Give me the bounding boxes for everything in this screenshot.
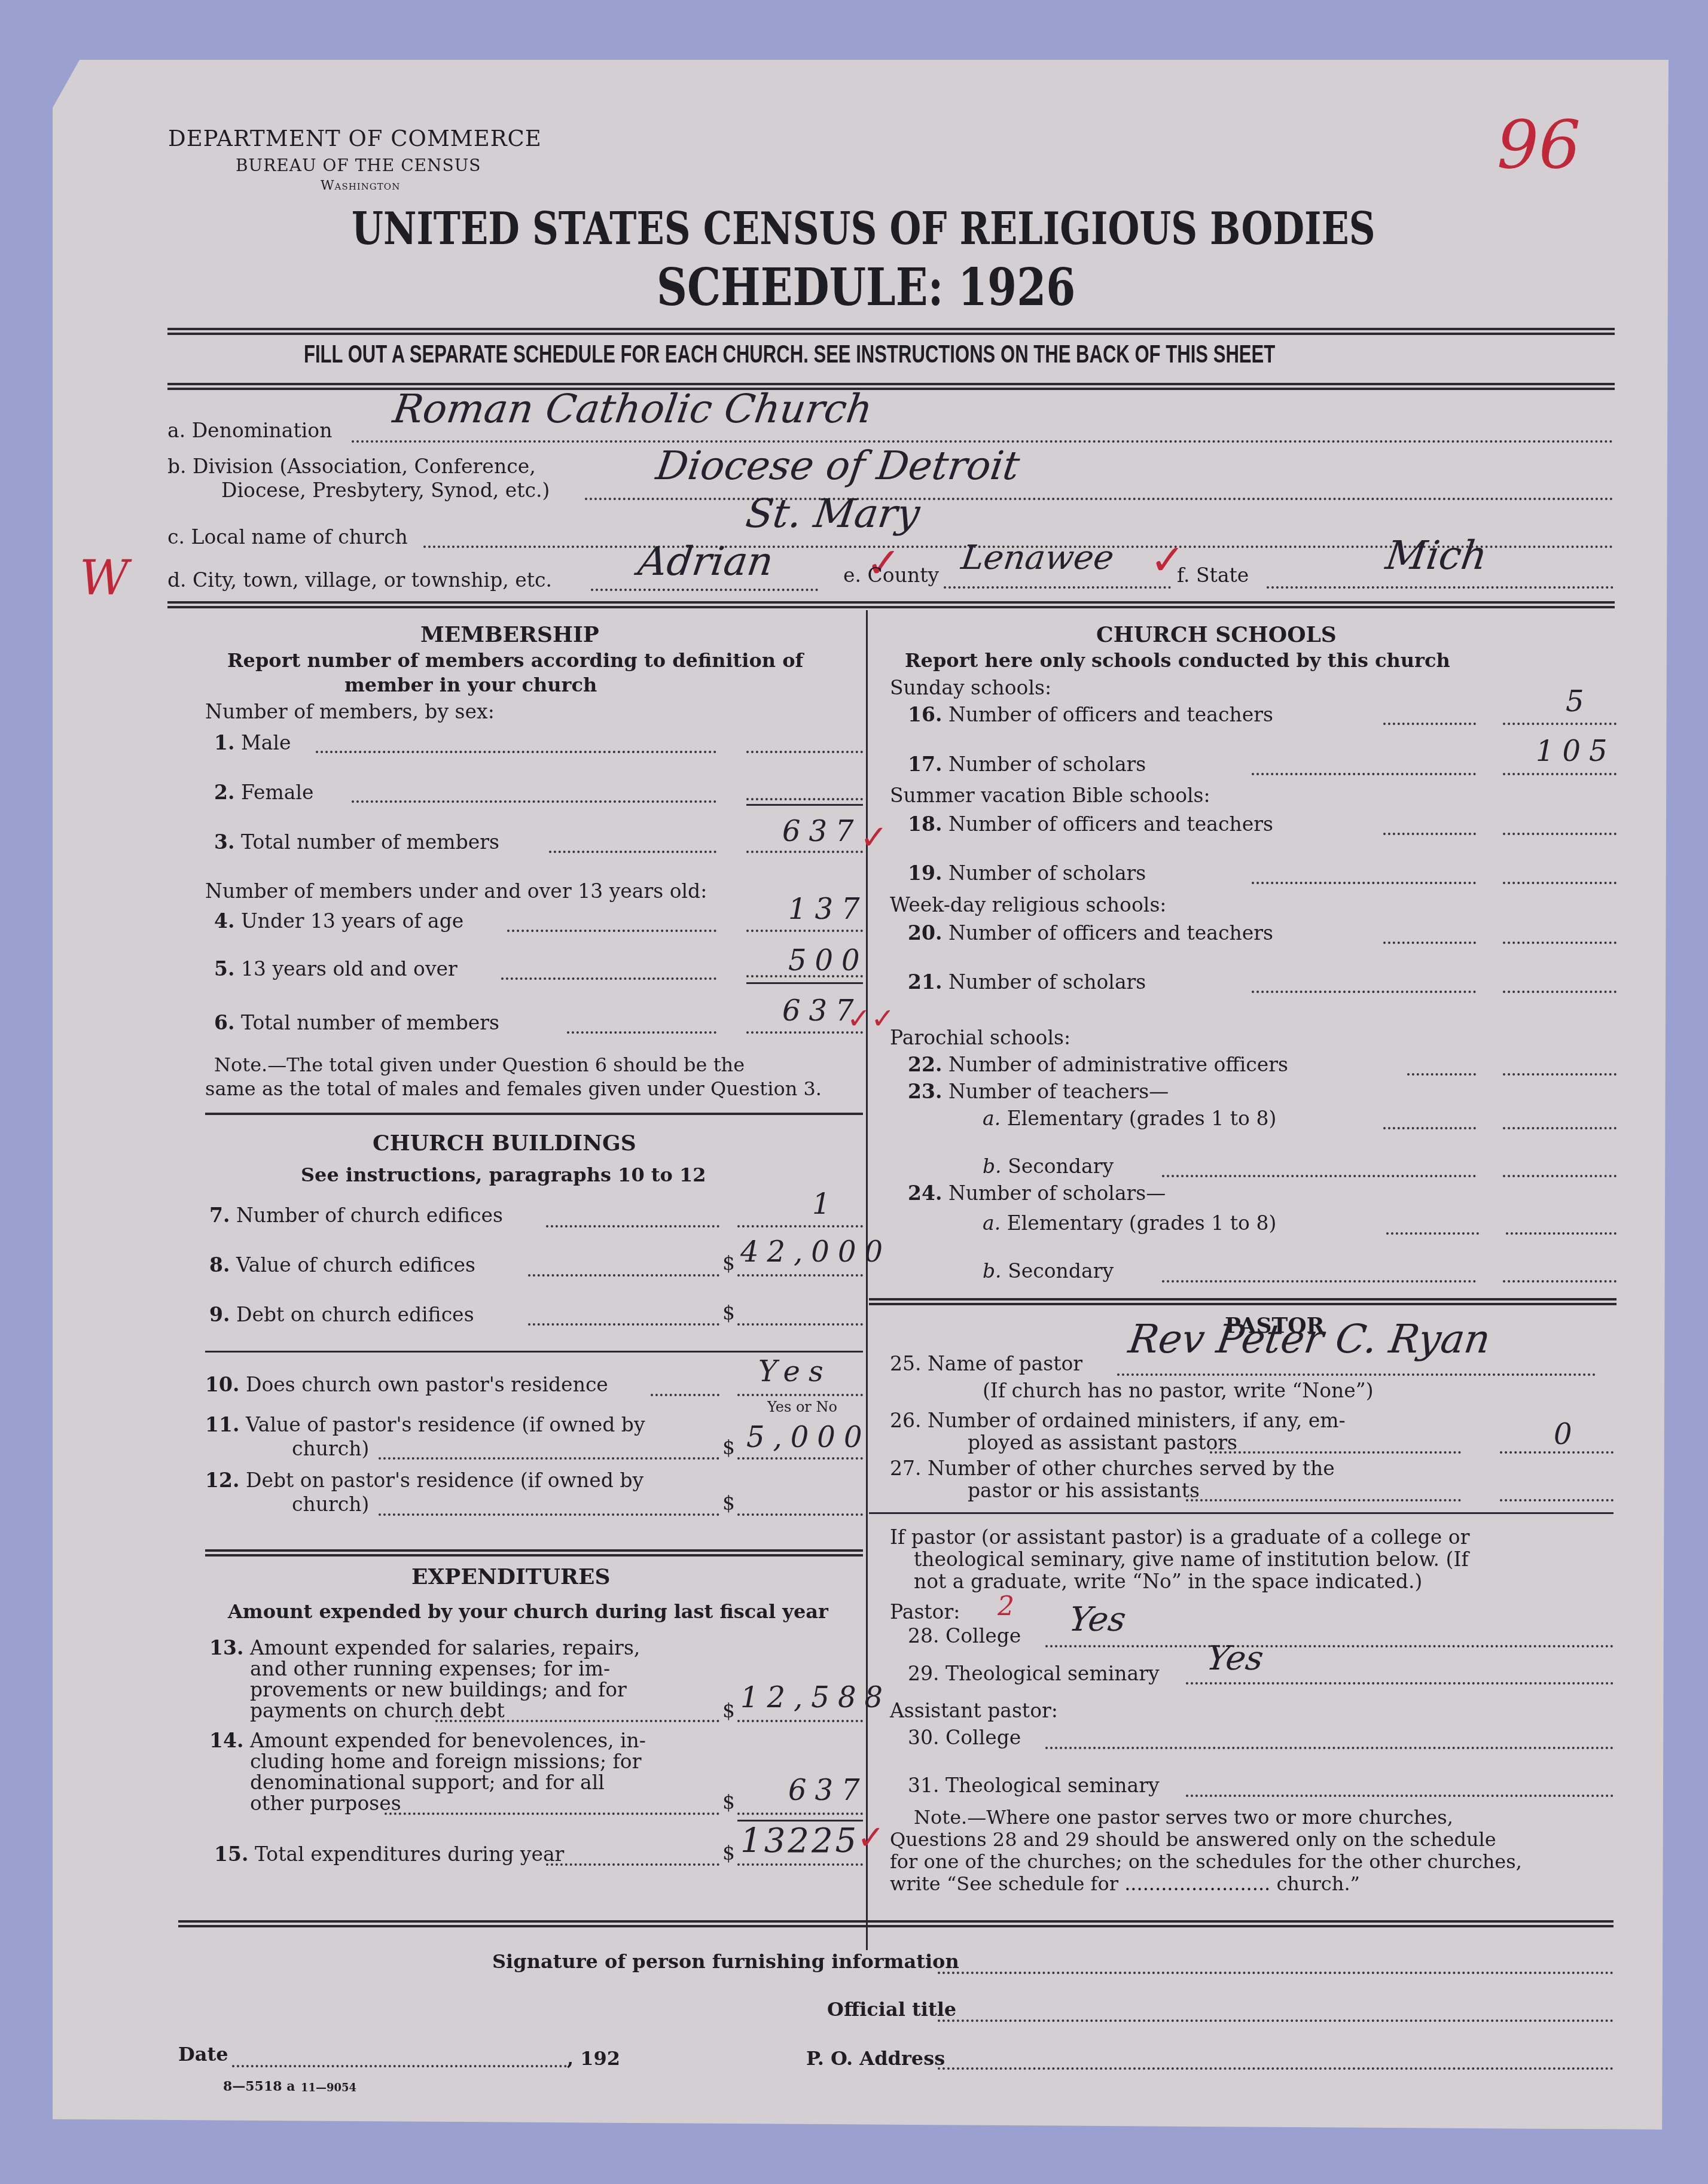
expenditures-divider xyxy=(205,1549,863,1556)
q26-label-1: 26. Number of ordained ministers, if any… xyxy=(890,1409,1346,1432)
q30-label: 30. College xyxy=(908,1726,1021,1749)
official-title-field[interactable] xyxy=(938,1992,1614,2019)
q3-label: 3. Total number of members xyxy=(214,830,499,854)
buildings-divider xyxy=(205,1351,863,1353)
q28-line xyxy=(1045,1645,1614,1647)
q15-label: 15. Total expenditures during year xyxy=(214,1842,564,1866)
sunday-schools-label: Sunday schools: xyxy=(890,676,1051,699)
q9-leader xyxy=(528,1323,719,1326)
q26-label-2: ployed as assistant pastors xyxy=(968,1431,1237,1454)
q24a-leader xyxy=(1386,1232,1479,1235)
checkmark-icon: ✓ xyxy=(857,1819,885,1857)
q13-running-expenses-field[interactable]: 12,588 xyxy=(740,1681,891,1714)
q14-label-4: other purposes xyxy=(250,1792,401,1815)
q10-owns-residence-field[interactable]: Yes xyxy=(758,1355,832,1388)
q4-under-13-field[interactable]: 137 xyxy=(788,893,868,926)
q8-leader xyxy=(528,1274,719,1277)
census-schedule-sheet: DEPARTMENT OF COMMERCE BUREAU OF THE CEN… xyxy=(53,60,1669,2130)
date-year-suffix: , 192 xyxy=(567,2047,620,2070)
q8-dollar-sign: $ xyxy=(722,1251,735,1275)
signature-label: Signature of person furnishing informati… xyxy=(492,1950,959,1973)
q14-label-1: 14. Amount expended for benevolences, in… xyxy=(209,1729,646,1752)
q8-label: 8. Value of church edifices xyxy=(209,1253,475,1277)
q26-answer-line xyxy=(1500,1451,1614,1454)
q11-answer-line xyxy=(737,1457,863,1460)
q4-leader xyxy=(507,930,716,932)
state-label: f. State xyxy=(1177,563,1249,587)
form-number: 8—5518 a xyxy=(223,2079,295,2094)
pastor-note-3: for one of the churches; on the schedule… xyxy=(890,1850,1522,1874)
po-address-line xyxy=(938,2067,1614,2070)
expenditures-subheading: Amount expended by your church during la… xyxy=(228,1600,828,1623)
q10-label: 10. Does church own pastor's residence xyxy=(205,1373,608,1396)
q26-leader xyxy=(1210,1451,1461,1454)
q11-residence-value-field[interactable]: 5,000 xyxy=(746,1421,870,1454)
q23a-leader xyxy=(1383,1127,1476,1129)
department-name: DEPARTMENT OF COMMERCE xyxy=(168,126,542,151)
division-label-1: b. Division (Association, Conference, xyxy=(167,455,536,478)
q12-dollar-sign: $ xyxy=(722,1491,735,1515)
q28-label: 28. College xyxy=(908,1624,1021,1647)
instruction-divider xyxy=(167,383,1615,390)
membership-note-2: same as the total of males and females g… xyxy=(205,1077,822,1101)
q19-label: 19. Number of scholars xyxy=(908,861,1146,885)
q9-dollar-sign: $ xyxy=(722,1301,735,1324)
q15-dollar-sign: $ xyxy=(722,1841,735,1865)
q28-college-field[interactable]: Yes xyxy=(1066,1600,1128,1639)
bureau-name: BUREAU OF THE CENSUS xyxy=(236,156,481,175)
q27-answer-line xyxy=(1500,1499,1614,1501)
city-line xyxy=(591,589,818,591)
denomination-field[interactable]: Roman Catholic Church xyxy=(391,386,876,432)
q30-line xyxy=(1045,1747,1614,1749)
q8-answer-line xyxy=(737,1274,863,1277)
q23b-label: b. Secondary xyxy=(983,1155,1114,1178)
q3-leader xyxy=(549,851,716,853)
signature-field[interactable] xyxy=(938,1944,1614,1972)
q2-answer-line xyxy=(746,798,863,800)
by-age-label: Number of members under and over 13 year… xyxy=(205,879,707,903)
q29-seminary-field[interactable]: Yes xyxy=(1204,1639,1265,1678)
q14-label-2: cluding home and foreign missions; for xyxy=(250,1750,641,1773)
pastor-note-1: Note.—Where one pastor serves two or mor… xyxy=(914,1805,1453,1829)
q23a-label: a. Elementary (grades 1 to 8) xyxy=(983,1107,1276,1130)
membership-divider xyxy=(205,1113,863,1115)
pastor-note-4: write “See schedule for ................… xyxy=(890,1872,1360,1896)
q17-answer-line xyxy=(1503,773,1616,775)
location: Washington xyxy=(321,178,400,193)
q7-answer-line xyxy=(737,1225,863,1227)
q5-label: 5. 13 years old and over xyxy=(214,957,457,980)
date-label: Date xyxy=(178,2043,228,2066)
q22-leader xyxy=(1407,1073,1476,1076)
q17-sunday-scholars-field[interactable]: 105 xyxy=(1536,735,1616,768)
q14-answer-line xyxy=(737,1813,863,1815)
identification-divider xyxy=(167,601,1615,608)
q17-leader xyxy=(1252,773,1476,775)
church-buildings-heading: CHURCH BUILDINGS xyxy=(373,1131,636,1156)
graduate-instruction-3: not a graduate, write “No” in the space … xyxy=(914,1570,1422,1593)
q29-label: 29. Theological seminary xyxy=(908,1662,1160,1685)
county-label: e. County xyxy=(843,563,939,587)
q24b-leader xyxy=(1162,1280,1476,1283)
q7-label: 7. Number of church edifices xyxy=(209,1204,503,1227)
form-title: UNITED STATES CENSUS OF RELIGIOUS BODIES xyxy=(352,203,1375,255)
q27-label-1: 27. Number of other churches served by t… xyxy=(890,1457,1335,1480)
q31-label: 31. Theological seminary xyxy=(908,1774,1160,1797)
q20-leader xyxy=(1383,942,1476,944)
q13-label-4: payments on church debt xyxy=(250,1699,505,1722)
q12-leader xyxy=(379,1513,719,1516)
po-address-label: P. O. Address xyxy=(806,2047,945,2070)
division-field[interactable]: Diocese of Detroit xyxy=(654,443,1023,489)
q23b-answer-line xyxy=(1503,1175,1616,1177)
q11-leader xyxy=(379,1457,719,1460)
church-schools-heading: CHURCH SCHOOLS xyxy=(1096,622,1337,647)
q14-leader xyxy=(385,1813,719,1815)
q14-benevolences-field[interactable]: 637 xyxy=(788,1774,868,1807)
footer-divider xyxy=(178,1920,1614,1927)
membership-note-1: Note.—The total given under Question 6 s… xyxy=(214,1053,745,1077)
q25-label: 25. Name of pastor xyxy=(890,1352,1082,1375)
q5-sum-rule xyxy=(746,982,863,984)
local-name-field[interactable]: St. Mary xyxy=(743,491,923,537)
q24a-answer-line xyxy=(1506,1232,1616,1235)
q25-hint: (If church has no pastor, write “None”) xyxy=(983,1379,1374,1402)
expenditures-heading: EXPENDITURES xyxy=(411,1564,610,1589)
q25-pastor-name-field[interactable]: Rev Peter C. Ryan xyxy=(1126,1316,1493,1362)
q15-total-expenditures-field[interactable]: 13225 xyxy=(740,1821,859,1860)
header-divider xyxy=(167,328,1615,335)
pastor-divider xyxy=(869,1512,1614,1514)
q5-leader xyxy=(501,977,716,980)
q20-answer-line xyxy=(1503,942,1616,944)
q10-answer-line xyxy=(737,1394,863,1396)
margin-annotation-w: W xyxy=(80,550,129,606)
q26-assistant-pastors-field[interactable]: 0 xyxy=(1554,1418,1581,1451)
local-name-label: c. Local name of church xyxy=(167,525,408,549)
pastor-label: Pastor: xyxy=(890,1600,960,1623)
graduate-instruction-1: If pastor (or assistant pastor) is a gra… xyxy=(890,1525,1469,1549)
q24-label: 24. Number of scholars— xyxy=(908,1181,1166,1205)
q16-answer-line xyxy=(1503,723,1616,725)
church-buildings-subheading: See instructions, paragraphs 10 to 12 xyxy=(301,1163,706,1186)
q13-label-3: provements or new buildings; and for xyxy=(250,1678,627,1701)
q5-13-and-over-field[interactable]: 500 xyxy=(788,944,868,977)
q31-line xyxy=(1186,1795,1614,1797)
q6-leader xyxy=(567,1031,716,1034)
schedule-year: SCHEDULE: 1926 xyxy=(657,257,1075,318)
q18-label: 18. Number of officers and teachers xyxy=(908,812,1273,836)
denomination-label: a. Denomination xyxy=(167,419,332,442)
q10-hint: Yes or No xyxy=(767,1399,837,1415)
q13-label-1: 13. Amount expended for salaries, repair… xyxy=(209,1636,640,1659)
q12-label-1: 12. Debt on pastor's residence (if owned… xyxy=(205,1469,643,1492)
q1-answer-line xyxy=(746,751,863,753)
column-divider xyxy=(866,610,868,1950)
q3-answer-line xyxy=(746,851,863,853)
q19-leader xyxy=(1252,882,1476,884)
q12-answer-line xyxy=(737,1513,863,1516)
q16-label: 16. Number of officers and teachers xyxy=(908,703,1273,726)
q23a-answer-line xyxy=(1503,1127,1616,1129)
q16-sunday-officers-field[interactable]: 5 xyxy=(1566,685,1593,718)
q1-leader xyxy=(316,751,716,753)
county-line xyxy=(944,586,1171,589)
pastor-red-mark: 2 xyxy=(998,1591,1014,1622)
q7-leader xyxy=(546,1225,719,1227)
q13-dollar-sign: $ xyxy=(722,1699,735,1722)
fill-out-instruction: FILL OUT A SEPARATE SCHEDULE FOR EACH CH… xyxy=(304,340,1275,368)
q22-label: 22. Number of administrative officers xyxy=(908,1053,1288,1076)
q21-answer-line xyxy=(1503,991,1616,993)
q18-leader xyxy=(1383,833,1476,835)
checkmark-icon: ✓ xyxy=(860,818,888,857)
official-title-label: Official title xyxy=(827,1998,956,2021)
q11-dollar-sign: $ xyxy=(722,1436,735,1459)
q24b-answer-line xyxy=(1503,1280,1616,1283)
membership-heading: MEMBERSHIP xyxy=(420,622,599,647)
county-field[interactable]: Lenawee xyxy=(959,538,1116,577)
city-label: d. City, town, village, or township, etc… xyxy=(167,568,552,592)
city-field[interactable]: Adrian xyxy=(636,538,776,584)
q11-label-2: church) xyxy=(292,1437,369,1460)
q22-answer-line xyxy=(1503,1073,1616,1076)
assistant-pastor-label: Assistant pastor: xyxy=(890,1699,1058,1722)
q19-answer-line xyxy=(1503,882,1616,884)
date-field[interactable] xyxy=(232,2039,567,2065)
state-line xyxy=(1267,586,1614,589)
pastor-note-2: Questions 28 and 29 should be answered o… xyxy=(890,1827,1496,1851)
q24a-label: a. Elementary (grades 1 to 8) xyxy=(983,1211,1276,1235)
q10-leader xyxy=(651,1394,719,1396)
membership-subheading-2: member in your church xyxy=(344,674,597,696)
q4-answer-line xyxy=(746,930,863,932)
q23b-leader xyxy=(1162,1175,1476,1177)
q11-label-1: 11. Value of pastor's residence (if owne… xyxy=(205,1413,645,1436)
parochial-schools-label: Parochial schools: xyxy=(890,1026,1070,1049)
q13-answer-line xyxy=(737,1720,863,1722)
q7-edifices-field[interactable]: 1 xyxy=(812,1187,839,1221)
q16-leader xyxy=(1383,723,1476,725)
q12-label-2: church) xyxy=(292,1492,369,1516)
official-title-line xyxy=(938,2019,1614,2022)
q14-label-3: denominational support; and for all xyxy=(250,1771,605,1794)
graduate-instruction-2: theological seminary, give name of insti… xyxy=(914,1548,1469,1571)
q13-label-2: and other running expenses; for im- xyxy=(250,1657,610,1680)
q1-label: 1. Male xyxy=(214,731,291,754)
weekday-schools-label: Week-day religious schools: xyxy=(890,893,1166,916)
print-code: 11—9054 xyxy=(301,2082,356,2094)
signature-line xyxy=(938,1972,1614,1974)
q27-label-2: pastor or his assistants xyxy=(968,1479,1200,1502)
division-line xyxy=(585,498,1614,500)
membership-subheading-1: Report number of members according to de… xyxy=(227,649,803,672)
checkmark-icon: ✓✓ xyxy=(847,1002,895,1035)
page-number-annotation: 96 xyxy=(1497,106,1581,183)
date-line xyxy=(232,2065,567,2067)
q23-label: 23. Number of teachers— xyxy=(908,1080,1169,1103)
q3-total-members-field[interactable]: 637 xyxy=(782,815,862,848)
q6-label: 6. Total number of members xyxy=(214,1011,499,1034)
q17-label: 17. Number of scholars xyxy=(908,753,1146,776)
q27-leader xyxy=(1186,1499,1461,1501)
q20-label: 20. Number of officers and teachers xyxy=(908,921,1273,945)
q15-leader xyxy=(546,1863,719,1866)
q2-label: 2. Female xyxy=(214,781,314,804)
q14-dollar-sign: $ xyxy=(722,1790,735,1814)
state-field[interactable]: Mich xyxy=(1383,532,1490,578)
q13-leader xyxy=(435,1720,719,1722)
q15-answer-line xyxy=(737,1863,863,1866)
church-schools-subheading: Report here only schools conducted by th… xyxy=(905,649,1450,672)
q29-line xyxy=(1186,1682,1614,1685)
q2-leader xyxy=(352,800,716,803)
po-address-field[interactable] xyxy=(938,2040,1614,2067)
summer-schools-label: Summer vacation Bible schools: xyxy=(890,784,1210,807)
q25-line xyxy=(1117,1373,1596,1376)
q2-sum-rule xyxy=(746,804,863,806)
q24b-label: b. Secondary xyxy=(983,1259,1114,1283)
q18-answer-line xyxy=(1503,833,1616,835)
q9-answer-line xyxy=(737,1323,863,1326)
by-sex-label: Number of members, by sex: xyxy=(205,700,495,723)
division-label-2: Diocese, Presbytery, Synod, etc.) xyxy=(221,479,550,502)
q6-answer-line xyxy=(746,1031,863,1034)
q21-leader xyxy=(1252,991,1476,993)
schools-divider xyxy=(869,1298,1616,1305)
q8-value-field[interactable]: 42,000 xyxy=(740,1235,891,1269)
q9-label: 9. Debt on church edifices xyxy=(209,1303,474,1326)
q4-label: 4. Under 13 years of age xyxy=(214,909,463,933)
q21-label: 21. Number of scholars xyxy=(908,970,1146,994)
